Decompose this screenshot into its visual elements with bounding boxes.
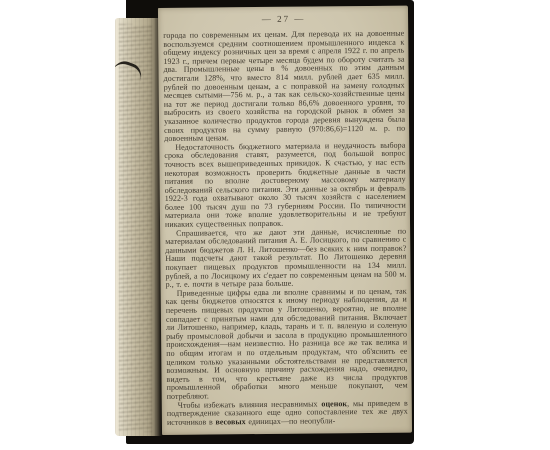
stacked-page-edges xyxy=(115,18,163,436)
paragraph-3: Спрашивается, что же дают эти данные, ис… xyxy=(165,227,407,289)
bold-word-vesovykh: весовых xyxy=(215,417,245,426)
book-photo: — 27 — города по современным их ценам. Д… xyxy=(112,0,414,444)
paragraph-4: Приведенные цифры едва ли вполне сравним… xyxy=(166,287,408,401)
paragraph-5-text-3: единицах—по неопубли- xyxy=(246,416,336,426)
book-page: — 27 — города по современным их ценам. Д… xyxy=(158,6,412,435)
paragraph-5: Чтобы избежать влияния несравнимых оцено… xyxy=(167,399,408,427)
page-number: — 27 — xyxy=(163,13,404,25)
paragraph-1: города по современным их ценам. Для пере… xyxy=(163,30,405,144)
paragraph-2: Недостаточность бюджетного материала и н… xyxy=(164,141,406,229)
